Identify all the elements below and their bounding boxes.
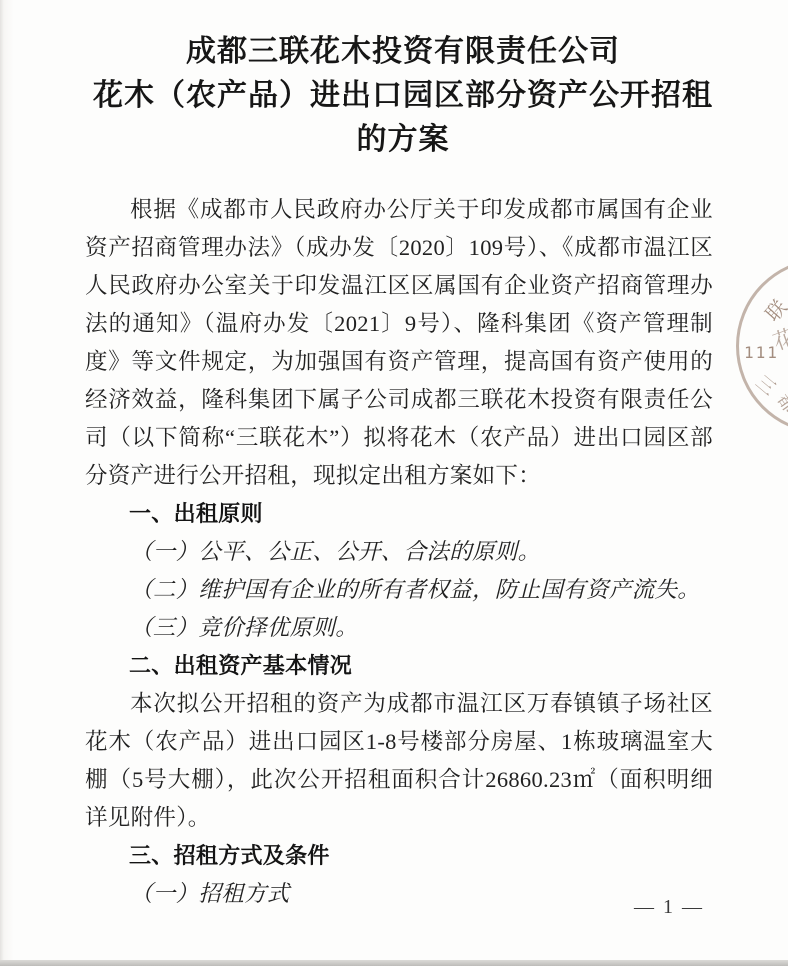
method-item-1: （一）招租方式: [85, 875, 713, 913]
heading-asset-overview: 二、出租资产基本情况: [85, 647, 713, 685]
title-line-1: 成都三联花木投资有限责任公司: [84, 30, 722, 74]
paragraph-basis: 根据《成都市人民政府办公厅关于印发成都市属国有企业资产招商管理办法》（成办发〔2…: [85, 191, 713, 495]
title-line-3: 的方案: [84, 118, 722, 162]
paragraph-asset-details: 本次拟公开招租的资产为成都市温江区万春镇镇子场社区花木（农产品）进出口园区1-8…: [85, 685, 713, 837]
document-body: 根据《成都市人民政府办公厅关于印发成都市属国有企业资产招商管理办法》（成办发〔2…: [85, 191, 713, 913]
heading-rental-method: 三、招租方式及条件: [85, 837, 713, 875]
scanned-document-page: 成都三联花木投资有限责任公司 花木（农产品）进出口园区部分资产公开招租 的方案 …: [0, 0, 788, 966]
heading-rental-principles: 一、出租原则: [85, 495, 713, 533]
seal-digits: 111: [744, 343, 779, 362]
scan-bottom-edge: [0, 960, 788, 966]
title-line-2: 花木（农产品）进出口园区部分资产公开招租: [84, 74, 722, 118]
page-number: — 1 —: [634, 896, 704, 919]
principle-item-2: （二）维护国有企业的所有者权益，防止国有资产流失。: [85, 571, 713, 609]
seal-character-3: 三: [751, 368, 783, 401]
seal-character-4: 都: [772, 387, 788, 418]
principle-item-1: （一）公平、公正、公开、合法的原则。: [85, 533, 713, 571]
principle-item-3: （三）竞价择优原则。: [85, 609, 713, 647]
document-title: 成都三联花木投资有限责任公司 花木（农产品）进出口园区部分资产公开招租 的方案: [84, 30, 722, 162]
seal-character-2: 花: [784, 273, 788, 304]
partial-company-seal: 111 联 花 三 都 花: [736, 258, 788, 434]
